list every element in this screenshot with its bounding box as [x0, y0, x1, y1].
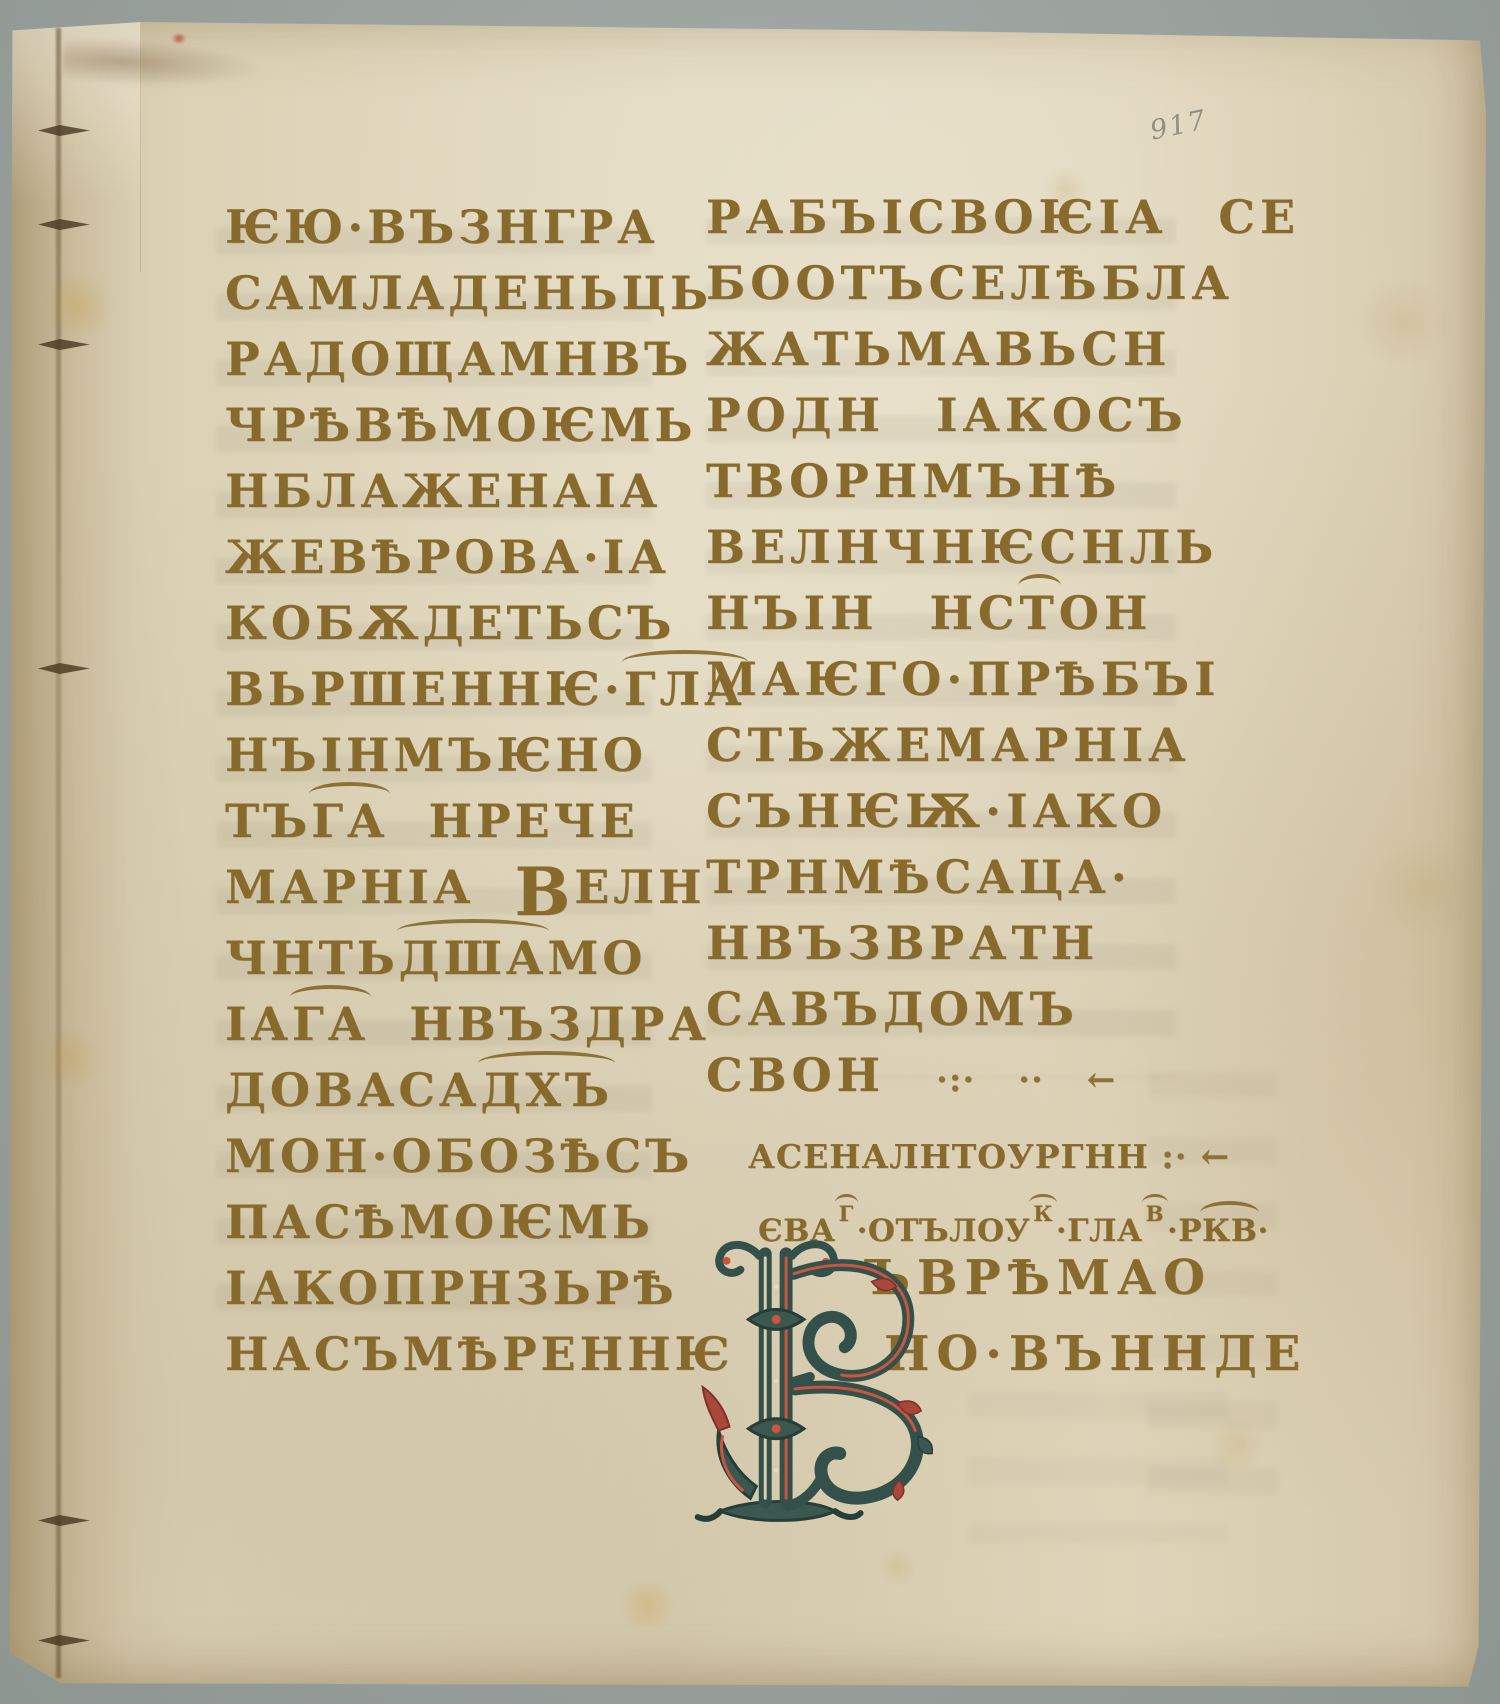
stain	[38, 277, 118, 335]
gutter-crease	[56, 28, 61, 1678]
text-line: ВЬРШЕННѤ·ГЛА	[225, 656, 746, 722]
superscript-letter: К	[1033, 1201, 1053, 1226]
text-line: СЪНѤѬ·ІАКО	[706, 778, 1300, 844]
binding-gutter	[8, 22, 133, 1690]
text-line: РОДН ІАКОСЪ	[706, 382, 1300, 448]
text-segment: ТЪ	[225, 794, 311, 848]
text-segment: АСЕНАЛНТОУРГНН	[748, 1137, 1161, 1176]
text-line: НВЪЗВРАТН	[706, 910, 1300, 976]
text-line: ІАГА НВЪЗДРА	[225, 991, 746, 1057]
text-line: ДОВАСАДХЪ	[225, 1057, 746, 1123]
titlo-marked-text: Т	[1020, 586, 1059, 640]
stain	[36, 1032, 104, 1084]
text-segment: НВЪЗДРА	[369, 997, 710, 1051]
manuscript-page: 917 ѤЮ·ВЪЗНГРАСАМЛАДЕНЬЦЬРАДОЩАМНВЪЧРѢВѢ…	[8, 22, 1486, 1690]
text-line: ѤЮ·ВЪЗНГРА	[225, 194, 746, 260]
text-line: СТЬЖЕМАРНІА	[706, 712, 1300, 778]
text-line: КОБѪДЕТЬСЪ	[225, 590, 746, 656]
text-line: МАѤГО·ПРѢБЪІ	[706, 646, 1300, 712]
text-segment: ОН	[1059, 586, 1153, 640]
titlo-marked-text: ГА	[292, 997, 369, 1051]
text-line: ЧРѢВѢМОѤМЬ	[225, 392, 746, 458]
line-end-ornament: ·:· ·· ←	[936, 1060, 1116, 1100]
text-line: МОН·ОБОЗѢСЪ	[225, 1123, 746, 1189]
text-line: МАРНІА ВЕЛН	[225, 854, 746, 925]
illuminated-initial-v: В	[658, 1232, 946, 1530]
titlo-marked-text: ГА	[311, 794, 388, 848]
superscript-letter: В	[1146, 1201, 1164, 1226]
text-column-right: РАБЪІСВОѤІА СЕБООТЪСЕЛѢБЛАЖАТЬМАВЬСНРОДН…	[706, 184, 1300, 1113]
text-line: ТВОРНМЪНѢ	[706, 448, 1300, 514]
text-line: НЪІНМЪѤНО	[225, 722, 746, 788]
text-line: РАДОЩАМНВЪ	[225, 326, 746, 392]
text-segment: МАРНІА	[225, 860, 514, 914]
line-end-ornament: :· ←	[1161, 1137, 1230, 1177]
text-line: САВЪДОМЪ	[706, 976, 1300, 1042]
text-line: ЖЕВѢРОВА·ІА	[225, 524, 746, 590]
illuminated-initial-v-art	[658, 1232, 946, 1530]
text-line: ТЪГА НРЕЧЕ	[225, 788, 746, 854]
text-segment: ДОВАСА	[225, 1063, 480, 1117]
text-line: РАБЪІСВОѤІА СЕ	[706, 184, 1300, 250]
text-line: НБЛАЖЕНАІА	[225, 458, 746, 524]
text-line: НЪІН НСТОН	[706, 580, 1300, 646]
red-ink-speck	[170, 34, 188, 43]
text-segment: ЧНТЬ	[225, 931, 399, 985]
folio-number: 917	[1147, 104, 1210, 146]
text-column-left: ѤЮ·ВЪЗНГРАСАМЛАДЕНЬЦЬРАДОЩАМНВЪЧРѢВѢМОѤМ…	[225, 194, 746, 1387]
titlo-marked-text: ДХЪ	[480, 1063, 613, 1117]
text-line: ЧНТЬДШАМО	[225, 925, 746, 991]
text-segment: НЪІН НС	[706, 586, 1020, 640]
stain	[878, 1552, 918, 1582]
text-line: АСЕНАЛНТОУРГНН :· ←	[748, 1128, 1269, 1186]
stain	[1353, 282, 1453, 362]
text-segment: ІА	[225, 997, 292, 1051]
text-segment: ВЬРШЕННѤ·	[225, 662, 624, 716]
text-line: ТРНМѢСАЦА·	[706, 844, 1300, 910]
superscript-letter: Г	[839, 1201, 854, 1226]
show-through	[968, 1392, 1228, 1542]
stain	[616, 1582, 678, 1628]
text-segment: СВОН	[706, 1048, 936, 1102]
text-segment: ЕЛН	[574, 860, 705, 914]
text-segment: МО	[547, 931, 646, 985]
photo-background: 917 ѤЮ·ВЪЗНГРАСАМЛАДЕНЬЦЬРАДОЩАМНВЪЧРѢВѢ…	[0, 0, 1500, 1704]
text-line: СВОН ·:· ·· ←	[706, 1042, 1300, 1113]
text-line: ВЕЛНЧНѤСНЛЬ	[706, 514, 1300, 580]
stain	[1368, 842, 1478, 934]
text-line: ЖАТЬМАВЬСН	[706, 316, 1300, 382]
text-segment: НРЕЧЕ	[388, 794, 638, 848]
titlo-marked-text: ДША	[399, 931, 548, 985]
text-line: БООТЪСЕЛѢБЛА	[706, 250, 1300, 316]
enlarged-letter: В	[514, 853, 574, 931]
text-line: САМЛАДЕНЬЦЬ	[225, 260, 746, 326]
